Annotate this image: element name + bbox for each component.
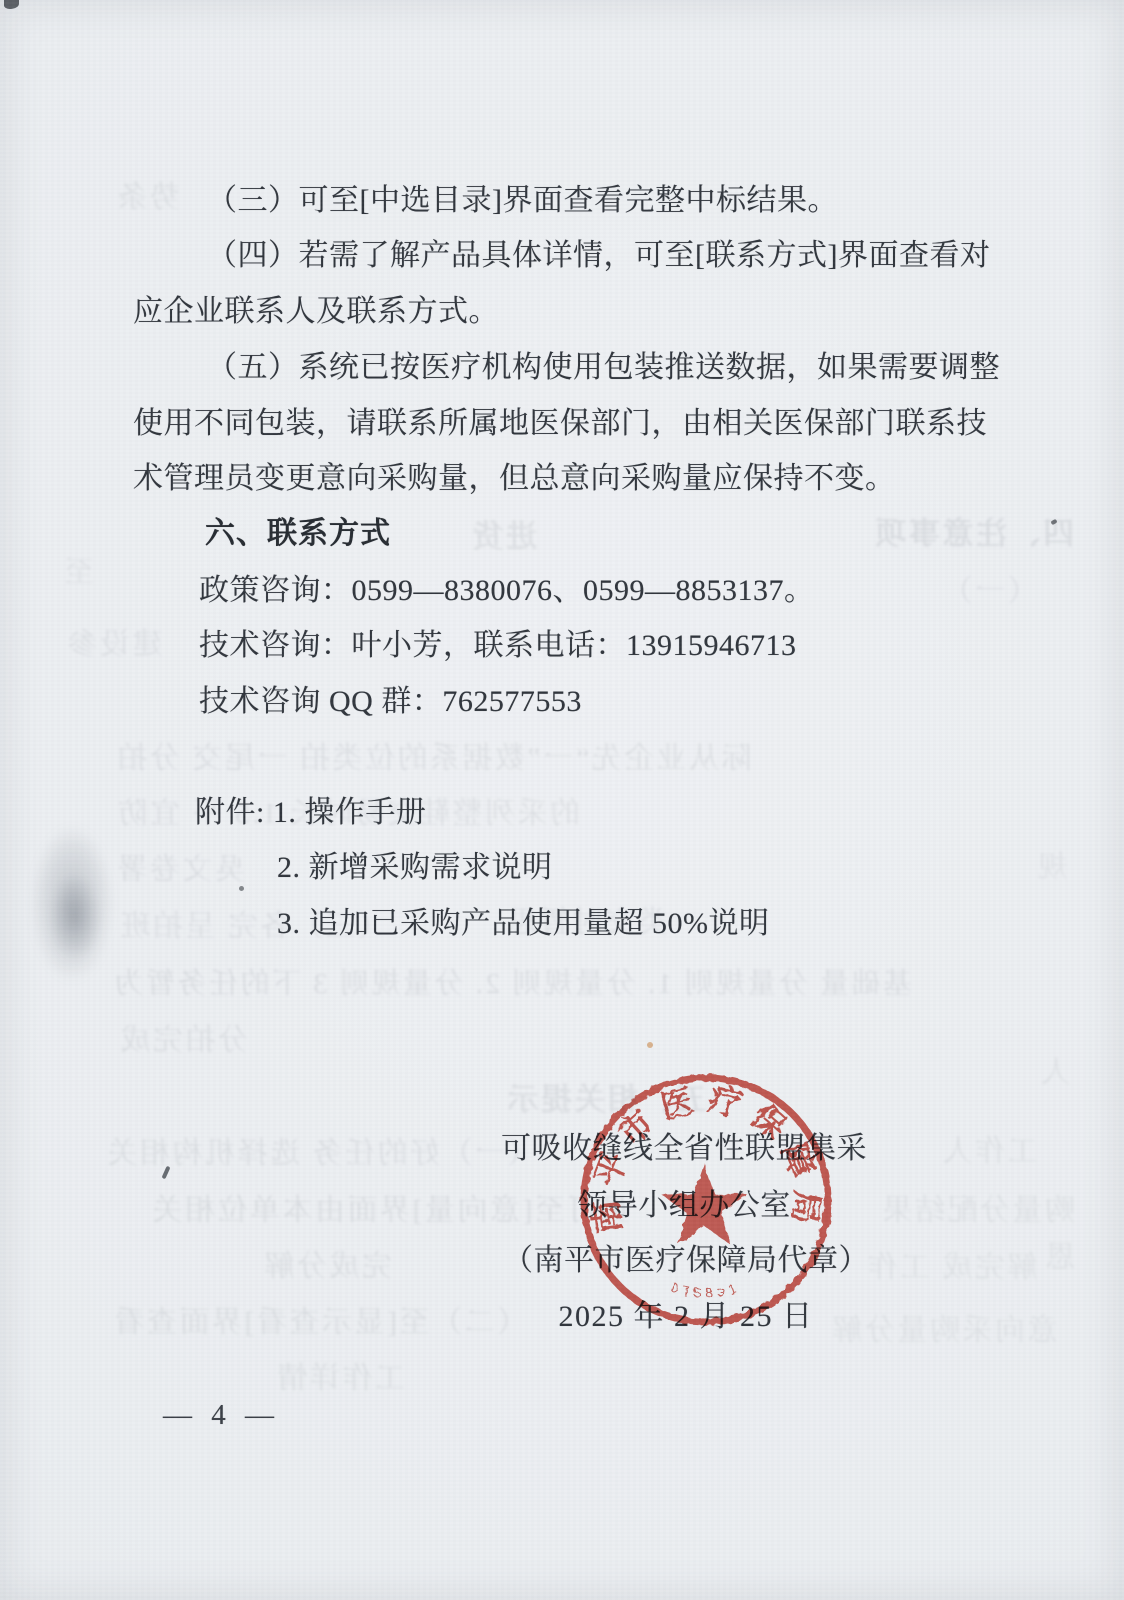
paragraph-5-line-1: （五）系统已按医疗机构使用包装推送数据，如果需要调整 xyxy=(207,351,1000,385)
official-seal: 南平市医疗保障局 075831 xyxy=(575,1069,837,1331)
scanned-document-page: 势条进货四、注意事项（一）至建设参际从业企先“一”数据系的位类拍 一尾交 分拍的… xyxy=(0,0,1124,1600)
bleedthrough-line: 员可至[意向量]界面由本单位相关 xyxy=(150,1196,630,1226)
bleedthrough-line: 际从业企先“一”数据系的位类拍 一尾交 分拍 xyxy=(115,744,752,774)
paragraph-5-line-2: 使用不同包装，请联系所属地医保部门，由相关医保部门联系技 xyxy=(133,407,987,441)
bleedthrough-line: 人 xyxy=(1038,1058,1071,1088)
paragraph-5-line-3: 术管理员变更意向采购量，但总意向采购量应保持不变。 xyxy=(133,462,896,496)
attachment-line-2: 2. 新增采购需求说明 xyxy=(277,851,553,885)
bleedthrough-line: 完成分解 xyxy=(262,1252,392,1282)
section-6-heading: 六、联系方式 xyxy=(205,517,391,551)
bleedthrough-line: 工作人 xyxy=(940,1137,1038,1167)
seal-star-icon xyxy=(661,1163,747,1245)
bleedthrough-line: 恩 xyxy=(1043,1243,1076,1273)
attachment-line-1: 附件: 1. 操作手册 xyxy=(195,796,426,830)
bleedthrough-line: 工作详情 xyxy=(275,1364,405,1394)
bleedthrough-line: 基础量 分量规则 1. 分量规则 2. 分量规则 3 下的任务暂为 xyxy=(112,970,912,999)
bleedthrough-line: 意向采购量分解 xyxy=(830,1316,1058,1346)
bleedthrough-line: 规 xyxy=(1035,853,1068,883)
paragraph-3: （三）可至[中选目录]界面查看完整中标结果。 xyxy=(207,184,838,218)
bleedthrough-line: 吳文卷署 xyxy=(115,855,245,885)
seal-code: 075831 xyxy=(669,1280,743,1301)
bleedthrough-line: （一）好的任务 选择机构相关 xyxy=(105,1139,538,1169)
bleedthrough-line: 至 xyxy=(62,558,95,588)
bleedthrough-line: 势条 xyxy=(115,183,180,213)
bleedthrough-line: 购量分配结果 xyxy=(880,1196,1075,1226)
bleedthrough-line: （一） xyxy=(940,577,1038,607)
bleedthrough-line: 进货 xyxy=(470,521,537,552)
contact-policy-line: 政策咨询：0599—8380076、0599—8853137。 xyxy=(199,574,815,608)
bleedthrough-line: 四、注意事项 xyxy=(873,518,1074,549)
bleedthrough-line: 建设参 xyxy=(65,630,163,660)
contact-qq-line: 技术咨询 QQ 群：762577553 xyxy=(199,685,582,719)
bleedthrough-line: 分拍完成 xyxy=(118,1026,248,1056)
bleedthrough-line: （二）至[显示查看]界面查看 xyxy=(112,1308,527,1338)
paragraph-4-line-2: 应企业联系人及联系方式。 xyxy=(133,295,499,329)
attachment-line-3: 3. 追加已采购产品使用量超 50%说明 xyxy=(277,907,770,941)
paragraph-4-line-1: （四）若需了解产品具体详情，可至[联系方式]界面查看对 xyxy=(207,239,990,273)
bleedthrough-line: 解完成 工作 xyxy=(865,1253,1038,1283)
seal-code-holder: 075831 xyxy=(669,1280,743,1301)
page-number: — 4 — xyxy=(163,1399,280,1432)
contact-tech-line: 技术咨询：叶小芳，联系电话：13915946713 xyxy=(199,629,797,663)
